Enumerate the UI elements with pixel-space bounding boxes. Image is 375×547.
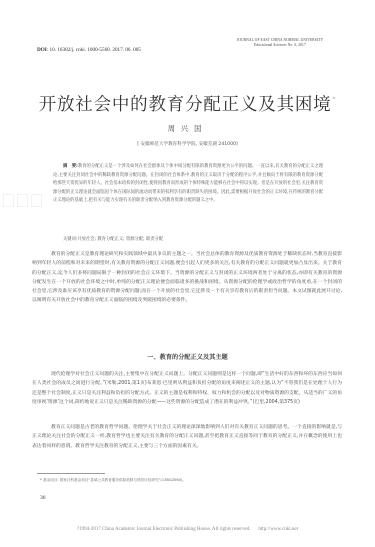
journal-header: JOURNAL OF EAST CHINA NORMAL UNIVERSITY … [225,38,335,48]
doi-value: : 10. 16382/j. cnki. 1000-5560. 2017. 06… [47,47,141,53]
article-title-text: 开放社会中的教育分配正义及其困境 [39,95,332,115]
doi-line: DOI: 10. 16382/j. cnki. 1000-5560. 2017.… [37,47,141,53]
abstract-label: 摘 要: [63,164,78,169]
keywords-label: 关键词: [63,237,77,242]
section-paragraph-1: 现代伦理学对社会正义问题的关注,主要集中在分配正义问题上。分配正义问题则是这样一… [32,370,342,407]
title-footnote-marker: * [333,96,337,103]
article-title: 开放社会中的教育分配正义及其困境* [0,91,375,116]
footnote: * 基金项目: 国家社科基金项目“县域公共教育服务供给机制与绩效评估研究”(13… [40,478,340,483]
author-affiliation: [ 安徽师范大学教育科学学院, 安徽芜湖 241000] [0,141,375,147]
abstract: 摘 要:教育的分配正义是一个涉及如何在社会群体及个体中间分配有限的教育资源更为公… [53,163,323,206]
journal-issue: Educational Sciences No. 6, 2017 [225,43,335,48]
intro-paragraph: 教育的分配正义是教育理论研究和实践领域中最具争议的主题之一。当社会总体的教育资源… [32,250,342,306]
abstract-text: 教育的分配正义是一个涉及如何在社会群体及个体中间分配有限的教育资源更为公平的问题… [53,164,323,203]
doi-label: DOI [37,47,47,53]
author-name: 周兴国 [0,124,375,134]
watermark-shape [17,194,28,207]
copyright-text: ?1994-2017 China Academic Journal Electr… [77,527,250,532]
keywords-text: 开放社会; 教育分配正义; 资源分配; 职责分配 [77,237,163,242]
watermark-shape [3,194,14,207]
page-number: 36 [40,495,46,501]
copyright-line: ?1994-2017 China Academic Journal Electr… [0,527,375,532]
footnote-divider [37,473,105,474]
section-heading: 一、教育的分配正义及其主题 [0,352,375,361]
keywords: 关键词:开放社会; 教育分配正义; 资源分配; 职责分配 [63,236,323,242]
faint-watermark [3,190,53,210]
watermark-shape [31,194,42,207]
section-paragraph-2: 教育正义问题是古老的教育哲学问题。伦理学关于社会正义的理论深深地影响到人们对有关… [32,423,342,451]
copyright-url[interactable]: http://www.cnki.net [258,527,298,532]
